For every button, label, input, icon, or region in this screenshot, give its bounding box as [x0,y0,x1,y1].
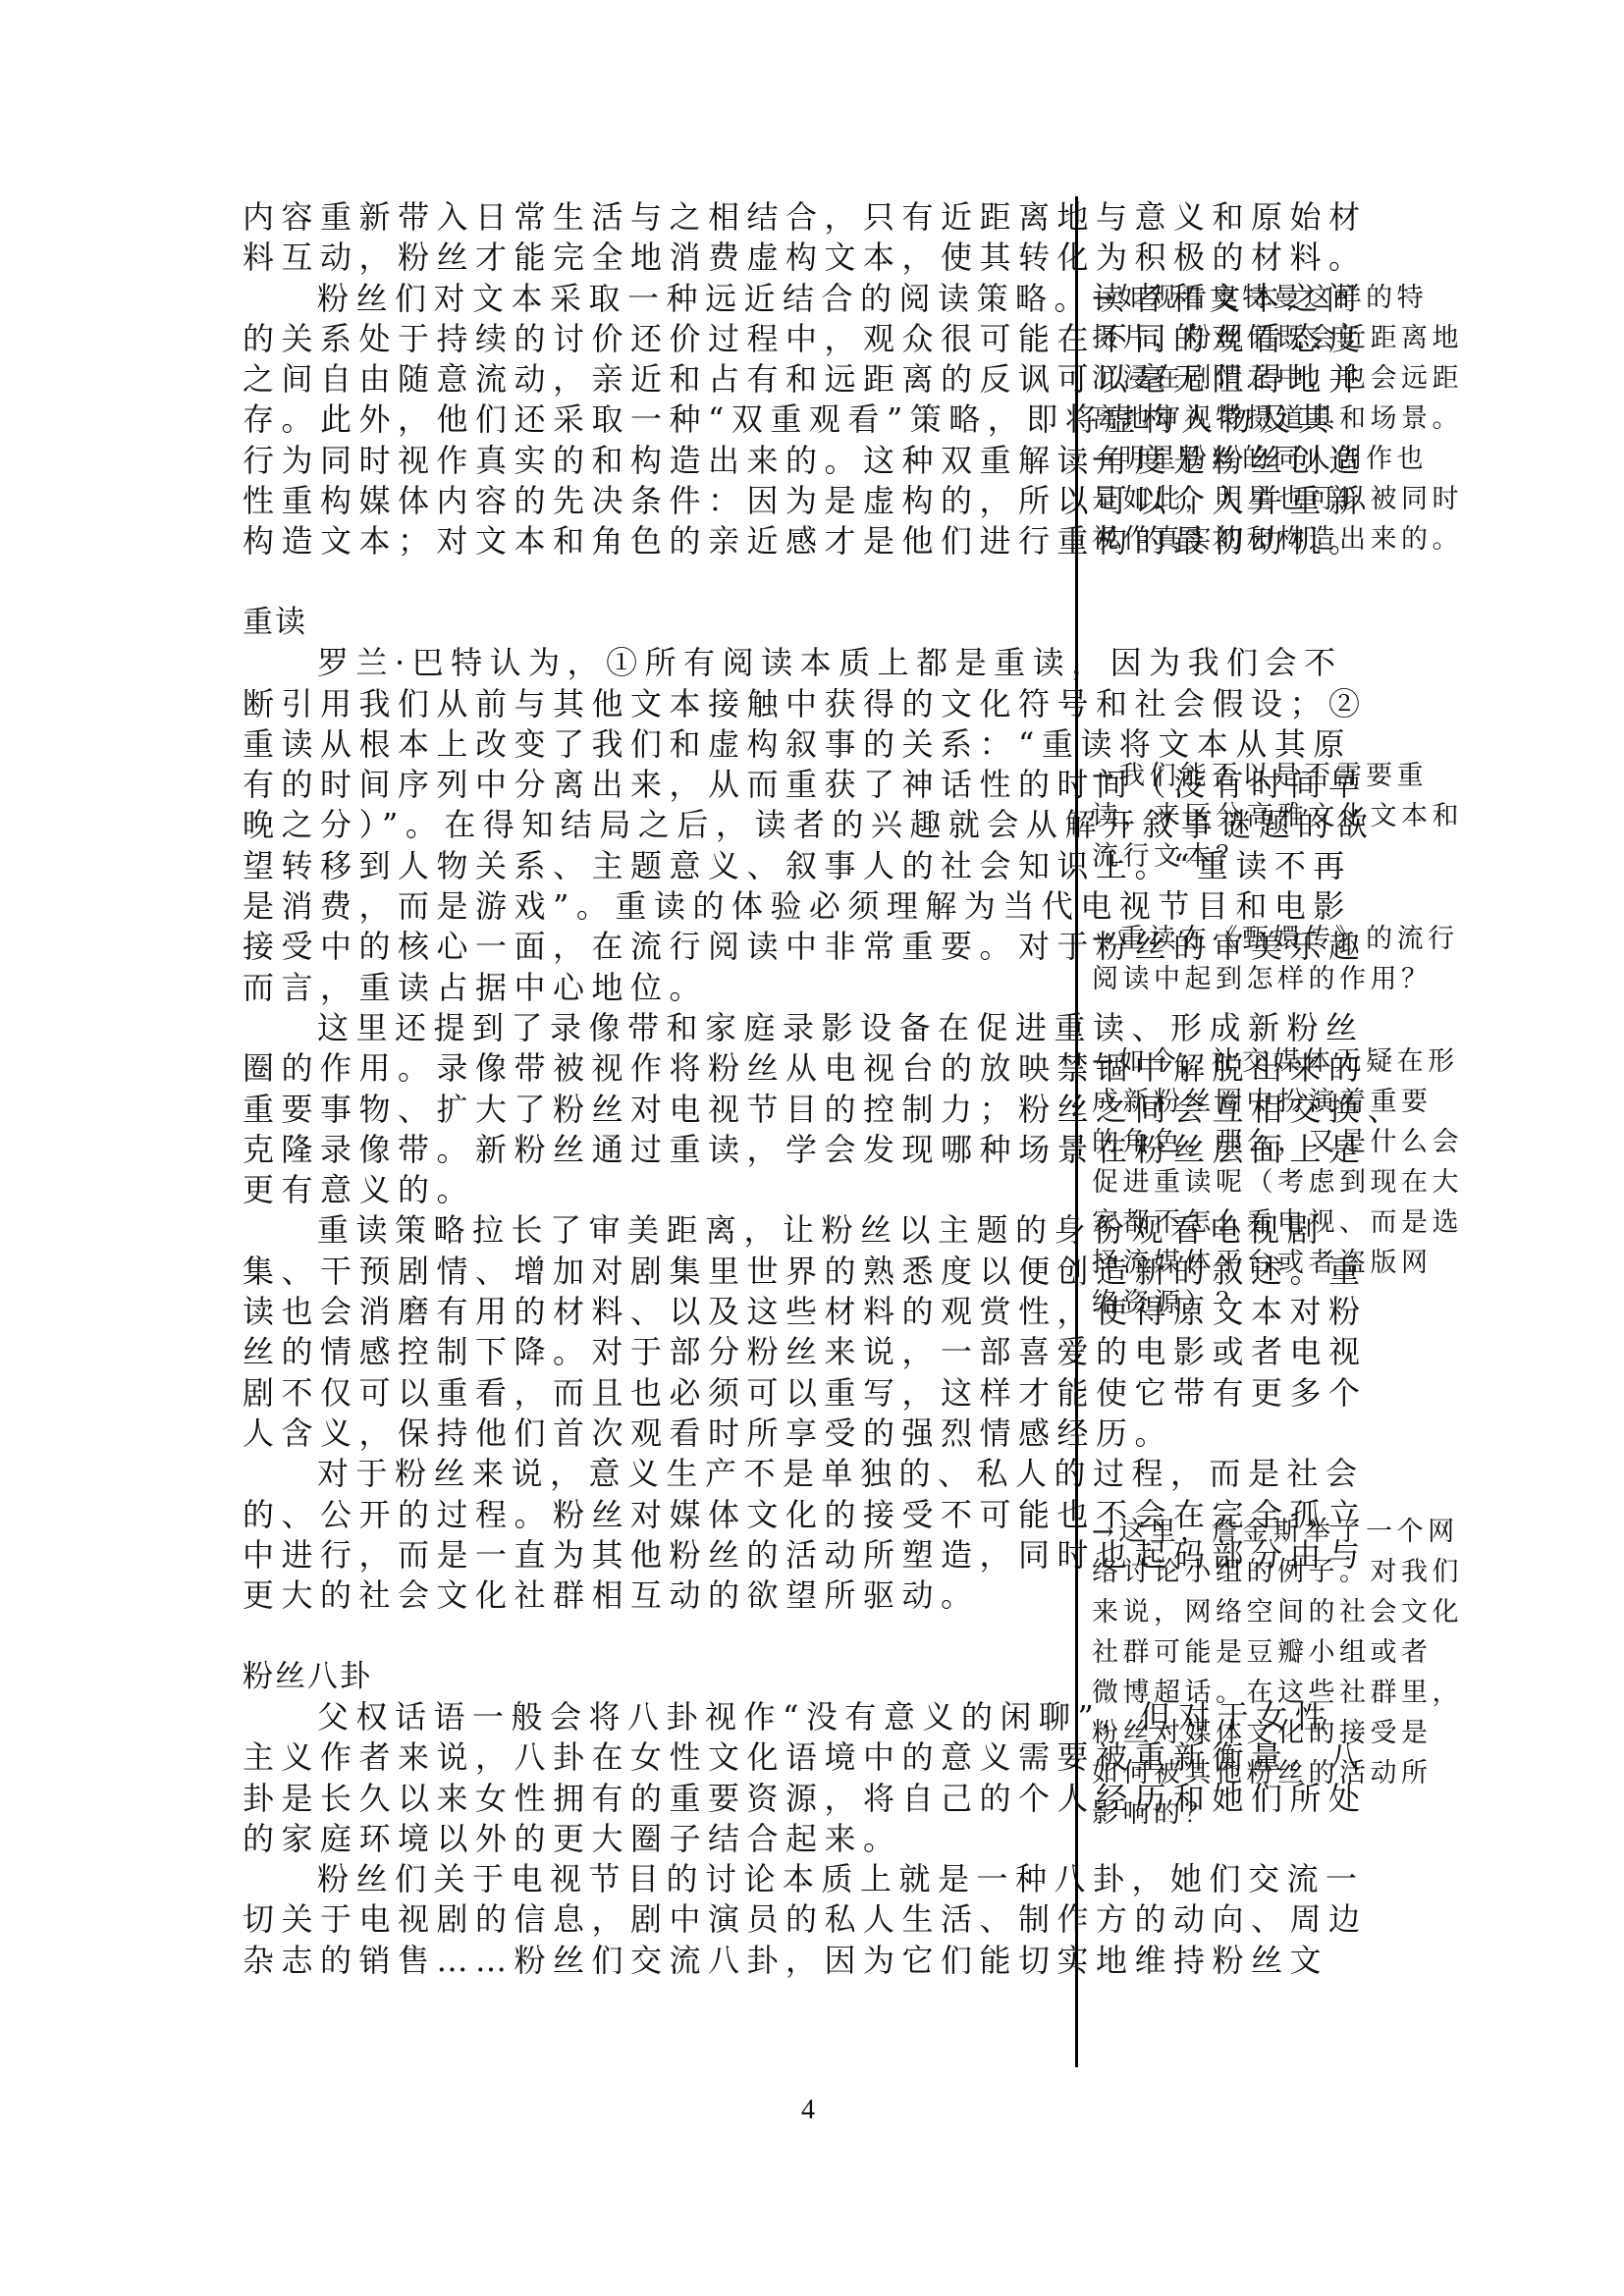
text-line: 粉丝们对文本采取一种远近结合的阅读策略。读者和文本之间 [243,279,1070,319]
text-line: 圈的作用。录像带被视作将粉丝从电视台的放映禁锢中解脱出来的 [243,1048,1070,1089]
text-line: 构造文本；对文本和角色的亲近感才是他们进行重构的最初动机。 [243,521,1070,561]
section-heading-fan-gossip: 粉丝八卦 [243,1657,1070,1697]
paragraph-patriarchal-discourse: 父权话语一般会将八卦视作“没有意义的闲聊”，但对于女性 主义作者来说，八卦在女性… [243,1697,1070,1859]
text-line: 的关系处于持续的讨价还价过程中，观众很可能在不同的观看态度 [243,319,1070,359]
text-line: 是消费，而是游戏”。重读的体验必须理解为当代电视节目和电影 [243,886,1070,927]
paragraph-reading-strategy: 粉丝们对文本采取一种远近结合的阅读策略。读者和文本之间 的关系处于持续的讨价还价… [243,279,1070,562]
text-line: 这里还提到了录像带和家庭录影设备在促进重读、形成新粉丝 [243,1008,1070,1048]
text-line: 中进行，而是一直为其他粉丝的活动所塑造，同时也起码部分由与 [243,1535,1070,1575]
note-line: 促进重读呢（考虑到现在大 [1092,1162,1386,1202]
text-line: 切关于电视剧的信息，剧中演员的私人生活、制作方的动向、周边 [243,1899,1070,1940]
text-line: 父权话语一般会将八卦视作“没有意义的闲聊”，但对于女性 [243,1697,1070,1737]
note-line: 社群可能是豆瓣小组或者 [1092,1632,1386,1673]
document-page: 内容重新带入日常生活与之相结合，只有近距离地与意义和原始材 料互动，粉丝才能完全… [0,0,1624,2296]
note-line: 离地审视特摄道具和场景。 [1092,399,1386,439]
note-line: 络讨论小组的例子。对我们 [1092,1552,1386,1592]
text-line: 接受中的核心一面，在流行阅读中非常重要。对于粉丝的审美乐趣 [243,927,1070,967]
paragraph-barthes: 罗兰·巴特认为，①所有阅读本质上都是重读，因为我们会不 断引用我们从前与其他文本… [243,643,1070,1008]
side-note-social-media: →如今，社交媒体无疑在形 成新粉丝圈中扮演着重要 的角色。那么，又是什么会 促进… [1092,1041,1386,1323]
text-line: 丝的情感控制下降。对于部分粉丝来说，一部喜爱的电影或者电视 [243,1332,1070,1372]
text-line: 的家庭环境以外的更大圈子结合起来。 [243,1819,1070,1859]
page-number: 4 [801,2095,815,2126]
text-line: 读也会消磨有用的材料、以及这些材料的观赏性，使得原文本对粉 [243,1292,1070,1332]
paragraph-aesthetic-distance: 重读策略拉长了审美距离，让粉丝以主题的身份观看电视剧 集、干预剧情、增加对剧集里… [243,1210,1070,1454]
text-line: 粉丝们关于电视节目的讨论本质上就是一种八卦，她们交流一 [243,1859,1070,1899]
text-line: 望转移到人物关系、主题意义、叙事人的社会知识上。“重读不再 [243,846,1070,886]
text-line: 对于粉丝来说，意义生产不是单独的、私人的过程，而是社会 [243,1454,1070,1494]
side-note-zhenhuan-question: →重读在《甄嬛传》的流行 阅读中起到怎样的作用？ [1092,919,1386,999]
text-line: 之间自由随意流动，亲近和占有和远距离的反讽可以毫无阻碍地并 [243,359,1070,400]
text-line: 杂志的销售……粉丝们交流八卦，因为它们能切实地维持粉丝文 [243,1941,1070,1981]
text-line: 人含义，保持他们首次观看时所享受的强烈情感经历。 [243,1414,1070,1454]
note-line: →如观看奥特曼这样的特 [1092,278,1386,318]
note-line: 如何被其他粉丝的活动所 [1092,1753,1386,1793]
note-line: 摄片，粉丝们既会近距离地 [1092,318,1386,358]
text-line: 性重构媒体内容的先决条件：因为是虚构的，所以可以介入并重新 [243,481,1070,521]
text-line: 主义作者来说，八卦在女性文化语境中的意义需要被重新衡量。八 [243,1737,1070,1778]
text-line: 更大的社会文化社群相互动的欲望所驱动。 [243,1575,1070,1616]
paragraph-continuation: 内容重新带入日常生活与之相结合，只有近距离地与意义和原始材 料互动，粉丝才能完全… [243,197,1070,279]
text-line: 行为同时视作真实的和构造出来的。这种双重解读角度是粉丝创造 [243,441,1070,481]
text-line: 而言，重读占据中心地位。 [243,968,1070,1008]
text-line: 内容重新带入日常生活与之相结合，只有近距离地与意义和原始材 [243,197,1070,238]
note-line: →明星粉丝的同人创作也 [1092,439,1386,479]
text-line: 克隆录像带。新粉丝通过重读，学会发现哪种场景在粉丝层面上是 [243,1130,1070,1170]
paragraph-videotape: 这里还提到了录像带和家庭录影设备在促进重读、形成新粉丝 圈的作用。录像带被视作将… [243,1008,1070,1210]
text-line: 集、干预剧情、增加对剧集里世界的熟悉度以便创造新的叙述。重 [243,1252,1070,1292]
note-line: →这里，詹金斯举了一个网 [1092,1512,1386,1552]
text-line: 罗兰·巴特认为，①所有阅读本质上都是重读，因为我们会不 [243,643,1070,683]
note-line: →我们能否以是否需要重 [1092,756,1386,796]
text-line: 重要事物、扩大了粉丝对电视节目的控制力；粉丝之间会互相交换、 [243,1090,1070,1130]
side-note-tokusatsu: →如观看奥特曼这样的特 摄片，粉丝们既会近距离地 沉浸在剧情之中，也会远距 离地… [1092,278,1386,560]
note-line: →如今，社交媒体无疑在形 [1092,1041,1386,1082]
text-line: 重读策略拉长了审美距离，让粉丝以主题的身份观看电视剧 [243,1210,1070,1251]
text-line: 剧不仅可以重看，而且也必须可以重写，这样才能使它带有更多个 [243,1373,1070,1414]
text-line: 存。此外，他们还采取一种“双重观看”策略，即将虚构人物及其 [243,400,1070,440]
margin-divider-rule [1075,196,1078,2067]
note-line: 家都不怎么看电视、而是选 [1092,1202,1386,1243]
text-line: 有的时间序列中分离出来，从而重获了神话性的时间（没有时间早 [243,765,1070,805]
note-line: 影响的？ [1092,1793,1386,1834]
note-line: 是如此，明星也可以被同时 [1092,479,1386,519]
text-line: 的、公开的过程。粉丝对媒体文化的接受不可能也不会在完全孤立 [243,1495,1070,1535]
note-line: 沉浸在剧情之中，也会远距 [1092,358,1386,399]
note-line: 视作真实的和构造出来的。 [1092,519,1386,560]
note-line: 成新粉丝圈中扮演着重要 [1092,1082,1386,1122]
text-line: 断引用我们从前与其他文本接触中获得的文化符号和社会假设；② [243,684,1070,724]
note-line: 择流媒体平台或者盗版网 [1092,1243,1386,1283]
note-line: 微博超话。在这些社群里， [1092,1673,1386,1713]
main-text-column: 内容重新带入日常生活与之相结合，只有近距离地与意义和原始材 料互动，粉丝才能完全… [243,197,1070,1981]
note-line: 来说，网络空间的社会文化 [1092,1592,1386,1632]
text-line: 料互动，粉丝才能完全地消费虚构文本，使其转化为积极的材料。 [243,238,1070,278]
note-line: 络资源）？ [1092,1283,1386,1323]
side-note-highbrow-question: →我们能否以是否需要重 读，来区分高雅文化文本和 流行文本？ [1092,756,1386,877]
paragraph-tv-gossip: 粉丝们关于电视节目的讨论本质上就是一种八卦，她们交流一 切关于电视剧的信息，剧中… [243,1859,1070,1981]
spacer [243,1616,1070,1656]
text-line: 卦是长久以来女性拥有的重要资源，将自己的个人经历和她们所处 [243,1779,1070,1819]
spacer [243,562,1070,603]
paragraph-social-process: 对于粉丝来说，意义生产不是单独的、私人的过程，而是社会 的、公开的过程。粉丝对媒… [243,1454,1070,1616]
text-line: 更有意义的。 [243,1170,1070,1210]
note-line: 阅读中起到怎样的作用？ [1092,959,1386,999]
note-line: 流行文本？ [1092,836,1386,877]
note-line: 粉丝对媒体文化的接受是 [1092,1713,1386,1753]
text-line: 晚之分）”。在得知结局之后，读者的兴趣就会从解开叙事谜题的欲 [243,805,1070,845]
note-line: →重读在《甄嬛传》的流行 [1092,919,1386,959]
note-line: 读，来区分高雅文化文本和 [1092,796,1386,836]
section-heading-rereading: 重读 [243,603,1070,643]
text-line: 重读从根本上改变了我们和虚构叙事的关系：“重读将文本从其原 [243,724,1070,765]
note-line: 的角色。那么，又是什么会 [1092,1122,1386,1162]
side-note-online-community: →这里，詹金斯举了一个网 络讨论小组的例子。对我们 来说，网络空间的社会文化 社… [1092,1512,1386,1834]
